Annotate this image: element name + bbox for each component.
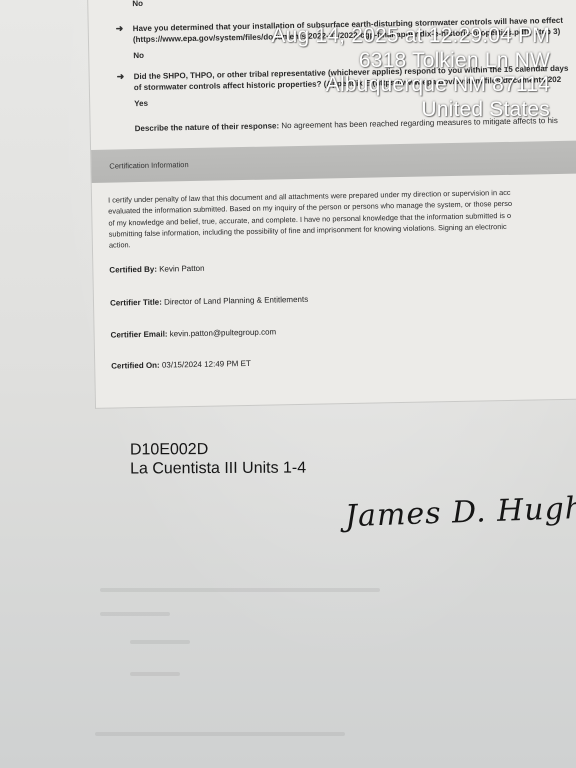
certified-by-field: Certified By: Kevin Patton xyxy=(109,264,204,275)
question-answer: Yes xyxy=(134,99,148,108)
question-answer: No xyxy=(133,51,144,60)
bleed-through-text xyxy=(95,732,345,736)
project-name: La Cuentista III Units 1-4 xyxy=(130,459,306,479)
handwritten-signature: James D. Hugh xyxy=(344,491,576,534)
certified-on-field: Certified On: 03/15/2024 12:49 PM ET xyxy=(111,359,251,371)
overlay-address-line1: 6318 Tolkien Ln NW xyxy=(271,49,550,74)
overlay-timestamp: Aug 14, 2025 at 12:29:04 PM xyxy=(271,24,550,49)
describe-label: Describe the nature of their response: xyxy=(135,121,280,133)
arrow-bullet-icon: ➜ xyxy=(116,23,124,34)
certification-section-header: Certification Information xyxy=(91,140,576,183)
photo-timestamp-overlay: Aug 14, 2025 at 12:29:04 PM 6318 Tolkien… xyxy=(271,24,550,122)
bleed-through-text xyxy=(100,588,380,592)
overlay-country: United States xyxy=(271,98,550,123)
certification-statement: I certify under penalty of law that this… xyxy=(108,185,576,251)
bleed-through-text xyxy=(130,672,180,676)
question-item: ➜ Have you determined that your installa… xyxy=(89,14,576,24)
prior-answer: No xyxy=(132,0,143,8)
document-photo: No ➜ Have you determined that your insta… xyxy=(0,0,576,768)
arrow-bullet-icon: ➜ xyxy=(117,71,125,82)
stamp-block: D10E002D La Cuentista III Units 1-4 xyxy=(130,440,306,479)
overlay-address-line2: Albuquerque NM 87114 xyxy=(271,73,550,98)
section-title: Certification Information xyxy=(109,160,188,171)
bleed-through-text xyxy=(130,640,190,644)
certifier-email-field: Certifier Email: kevin.patton@pultegroup… xyxy=(111,327,277,339)
certifier-title-field: Certifier Title: Director of Land Planni… xyxy=(110,295,308,308)
document-id: D10E002D xyxy=(130,440,306,460)
bleed-through-text xyxy=(100,612,170,616)
